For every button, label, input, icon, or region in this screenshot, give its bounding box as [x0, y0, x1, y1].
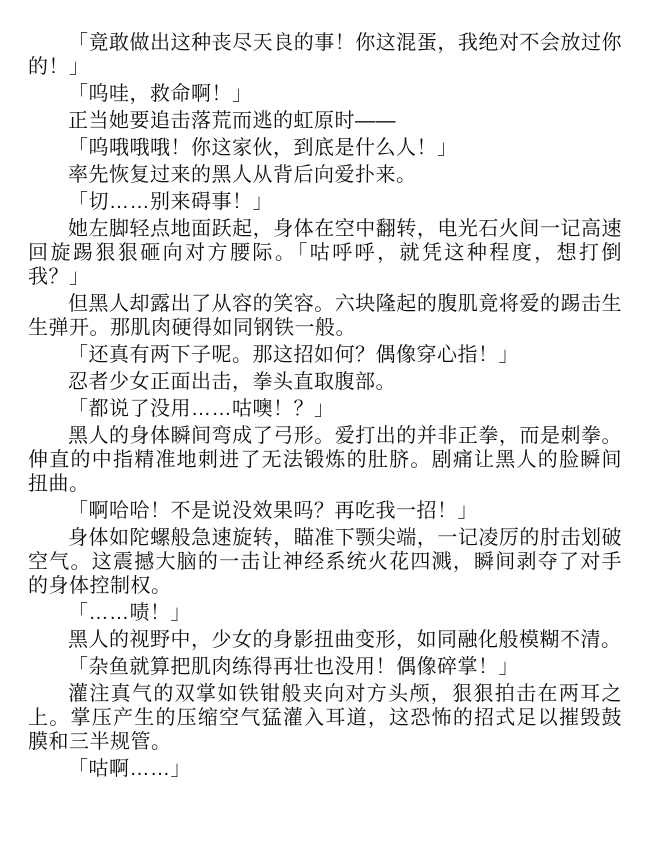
novel-paragraph: 「呜哇，救命啊！」: [28, 82, 622, 106]
novel-paragraph: 忍者少女正面出击，拳头直取腹部。: [28, 370, 622, 394]
novel-paragraph: 「都说了没用……咕噢！？」: [28, 397, 622, 421]
novel-paragraph: 「……啧！」: [28, 601, 622, 625]
book-page: 「竟敢做出这种丧尽天良的事！你这混蛋，我绝对不会放过你的！」「呜哇，救命啊！」正…: [0, 0, 650, 850]
novel-paragraph: 「还真有两下子呢。那这招如何？偶像穿心指！」: [28, 343, 622, 367]
novel-paragraph: 身体如陀螺般急速旋转，瞄准下颚尖端，一记凌厉的肘击划破空气。这震撼大脑的一击让神…: [28, 526, 622, 598]
novel-paragraph: 「啊哈哈！不是说没效果吗？再吃我一招！」: [28, 499, 622, 523]
novel-paragraph: 「咕啊……」: [28, 757, 622, 781]
novel-paragraph: 「呜哦哦哦！你这家伙，到底是什么人！」: [28, 136, 622, 160]
novel-paragraph: 她左脚轻点地面跃起，身体在空中翻转，电光石火间一记高速回旋踢狠狠砸向对方腰际。「…: [28, 217, 622, 289]
novel-paragraph: 但黑人却露出了从容的笑容。六块隆起的腹肌竟将爱的踢击生生弹开。那肌肉硬得如同钢铁…: [28, 292, 622, 340]
novel-paragraph: 灌注真气的双掌如铁钳般夹向对方头颅，狠狠拍击在两耳之上。掌压产生的压缩空气猛灌入…: [28, 682, 622, 754]
novel-paragraph: 「竟敢做出这种丧尽天良的事！你这混蛋，我绝对不会放过你的！」: [28, 31, 622, 79]
novel-paragraph: 「切……别来碍事！」: [28, 190, 622, 214]
novel-paragraph: 「杂鱼就算把肌肉练得再壮也没用！偶像碎掌！」: [28, 655, 622, 679]
novel-paragraph: 正当她要追击落荒而逃的虹原时——: [28, 109, 622, 133]
novel-paragraph: 黑人的视野中，少女的身影扭曲变形，如同融化般模糊不清。: [28, 628, 622, 652]
novel-paragraph: 率先恢复过来的黑人从背后向爱扑来。: [28, 163, 622, 187]
novel-paragraph: 黑人的身体瞬间弯成了弓形。爱打出的并非正拳，而是刺拳。伸直的中指精准地刺进了无法…: [28, 424, 622, 496]
